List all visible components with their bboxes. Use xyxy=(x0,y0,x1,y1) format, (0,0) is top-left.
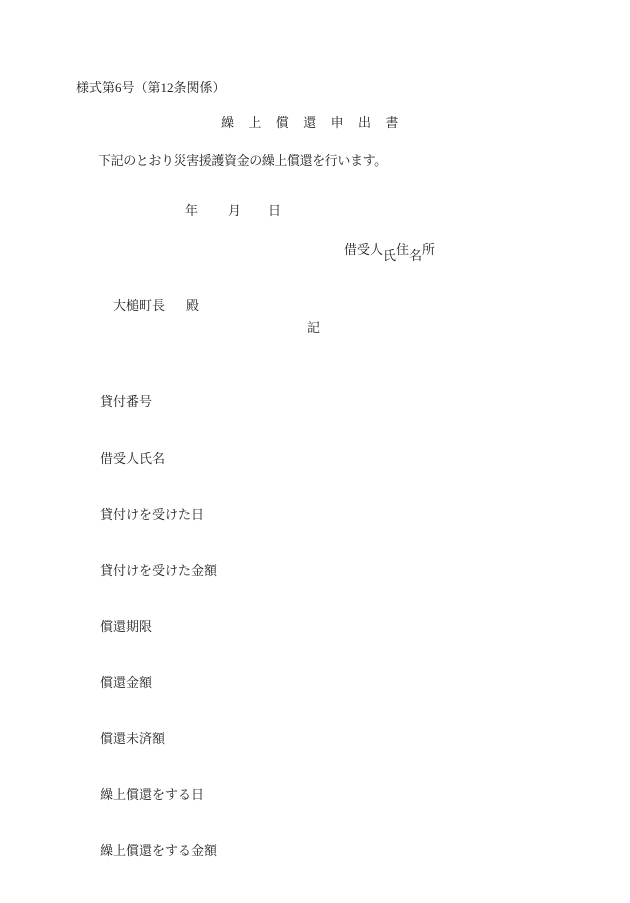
list-item: 貸付けを受けた金額 xyxy=(100,562,217,581)
list-item: 貸付番号 xyxy=(100,393,217,412)
addressee-name: 大槌町長 xyxy=(113,298,165,313)
date-day-label: 日 xyxy=(268,203,281,218)
date-line: 年月日 xyxy=(172,191,281,230)
date-year-label: 年 xyxy=(185,203,198,218)
list-item: 繰上償還をする金額 xyxy=(100,842,217,861)
list-item: 貸付けを受けた日 xyxy=(100,506,217,525)
list-item: 借受人氏名 xyxy=(100,450,217,469)
document-title: 繰 上 償 還 申 出 書 xyxy=(221,116,399,129)
form-number: 様式第6号（第12条関係） xyxy=(76,81,226,94)
list-item: 償還金額 xyxy=(100,674,217,693)
date-month-label: 月 xyxy=(228,203,241,218)
item-list: 貸付番号 借受人氏名 貸付けを受けた日 貸付けを受けた金額 償還期限 償還金額 … xyxy=(100,356,217,898)
list-item: 償還期限 xyxy=(100,618,217,637)
document-page: 様式第6号（第12条関係） 繰 上 償 還 申 出 書 下記のとおり災害援護資金… xyxy=(0,0,630,903)
addressee-honorific: 殿 xyxy=(186,298,199,313)
declaration-sentence: 下記のとおり災害援護資金の繰上償還を行います。 xyxy=(98,154,387,167)
list-item: 償還未済額 xyxy=(100,730,217,749)
list-item: 繰上償還をする日 xyxy=(100,786,217,805)
borrower-label: 借受人 xyxy=(344,242,383,257)
borrower-name-label: 氏 名 xyxy=(383,249,422,262)
addressee-line: 大槌町長殿 xyxy=(100,286,199,325)
ki-marker: 記 xyxy=(307,321,320,334)
